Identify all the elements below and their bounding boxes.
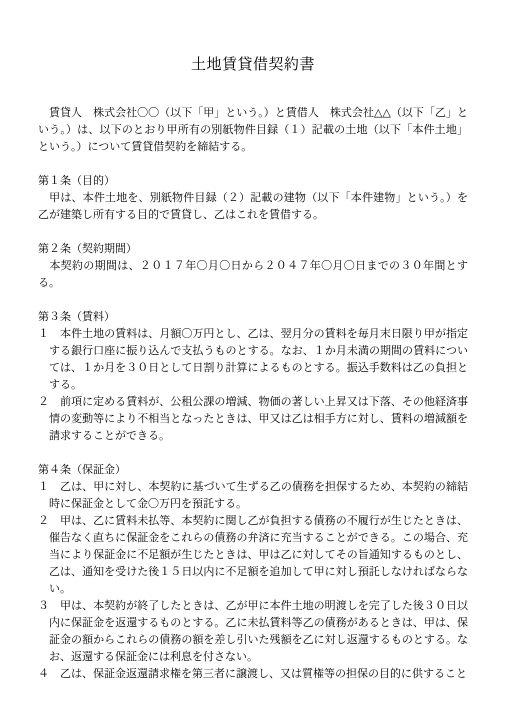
article-4: 第４条（保証金） １ 乙は、甲に対し、本契約に基づいて生ずる乙の債務を担保するた… bbox=[38, 462, 468, 683]
article-1: 第１条（目的） 甲は、本件土地を、別紙物件目録（２）記載の建物（以下「本件建物」… bbox=[38, 173, 468, 224]
article-3-heading: 第３条（賃料） bbox=[38, 309, 468, 326]
article-4-heading: 第４条（保証金） bbox=[38, 462, 468, 479]
article-1-body: 甲は、本件土地を、別紙物件目録（２）記載の建物（以下「本件建物」という。）を乙が… bbox=[38, 190, 468, 224]
contract-preamble: 賃貸人 株式会社〇〇（以下「甲」という。）と賃借人 株式会社△△（以下「乙」とい… bbox=[38, 105, 468, 156]
article-4-clause-1: １ 乙は、甲に対し、本契約に基づいて生ずる乙の債務を担保するため、本契約の締結時… bbox=[38, 479, 468, 513]
article-3-clause-1: １ 本件土地の賃料は、月額〇万円とし、乙は、翌月分の賃料を毎月末日限り甲が指定す… bbox=[38, 326, 468, 394]
article-4-clause-3: ３ 甲は、本契約が終了したときは、乙が甲に本件土地の明渡しを完了した後３０日以内… bbox=[38, 598, 468, 666]
article-2-body: 本契約の期間は、２０１７年〇月〇日から２０４７年〇月〇日までの３０年間とする。 bbox=[38, 258, 468, 292]
document-title: 土地賃貸借契約書 bbox=[38, 54, 468, 76]
article-3-clause-2: ２ 前項に定める賃料が、公租公課の増減、物価の著しい上昇又は下落、その他経済事情… bbox=[38, 394, 468, 445]
article-2-heading: 第２条（契約期間） bbox=[38, 241, 468, 258]
article-1-heading: 第１条（目的） bbox=[38, 173, 468, 190]
article-3: 第３条（賃料） １ 本件土地の賃料は、月額〇万円とし、乙は、翌月分の賃料を毎月末… bbox=[38, 309, 468, 445]
article-4-clause-4: ４ 乙は、保証金返還請求権を第三者に譲渡し、又は質権等の担保の目的に供すること bbox=[38, 666, 468, 683]
article-2: 第２条（契約期間） 本契約の期間は、２０１７年〇月〇日から２０４７年〇月〇日まで… bbox=[38, 241, 468, 292]
contract-document-page: 土地賃貸借契約書 賃貸人 株式会社〇〇（以下「甲」という。）と賃借人 株式会社△… bbox=[0, 0, 507, 724]
article-4-clause-2: ２ 甲は、乙に賃料未払等、本契約に関し乙が負担する債務の不履行が生じたときは、催… bbox=[38, 513, 468, 598]
